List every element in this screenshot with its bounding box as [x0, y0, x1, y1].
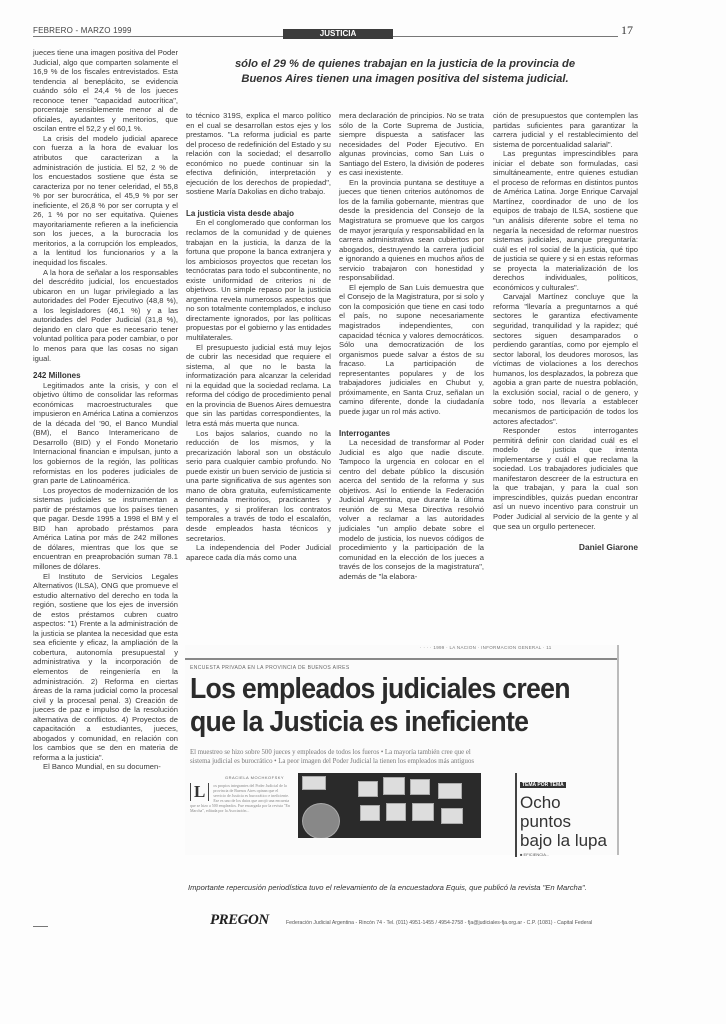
pull-quote: sólo el 29 % de quienes trabajan en la j…	[210, 57, 600, 87]
photo-detail	[302, 803, 340, 838]
article-column-2: to técnico 319S, explica el marco políti…	[186, 111, 331, 562]
paragraph: mera declaración de principios. No se tr…	[339, 111, 484, 178]
section-label: JUSTICIA	[283, 29, 393, 39]
article-column-3: mera declaración de principios. No se tr…	[339, 111, 484, 581]
paragraph: La independencia del Poder Judicial apar…	[186, 543, 331, 562]
photo-detail	[302, 776, 326, 790]
pull-quote-line1: sólo el 29 % de quienes trabajan en la j…	[210, 57, 600, 72]
sidebar-title-line2: bajo la lupa	[520, 831, 615, 850]
paragraph: Los bajos salarios, cuando no la reducci…	[186, 429, 331, 544]
subheading: La justicia vista desde abajo	[186, 209, 331, 219]
article-column-4: ción de presupuestos que contemplen las …	[493, 111, 638, 553]
author-signature: Daniel Giarone	[493, 543, 638, 553]
paragraph: El Instituto de Servicios Legales Altern…	[33, 572, 178, 763]
header-date: FEBRERO - MARZO 1999	[33, 26, 132, 35]
paragraph: La necesidad de transformar al Poder Jud…	[339, 438, 484, 581]
page-number: 17	[621, 23, 633, 38]
clipping-kicker: ENCUESTA PRIVADA EN LA PROVINCIA DE BUEN…	[190, 665, 350, 671]
paragraph: Carvajal Martínez concluye que la reform…	[493, 292, 638, 426]
paragraph: El Banco Mundial, en su documen-	[33, 762, 178, 772]
clipping-byline: GRACIELA MOCHKOFSKY	[225, 775, 284, 780]
subheading: 242 Millones	[33, 371, 178, 381]
clipping-sidebar: TEMA POR TEMA Ocho puntos bajo la lupa ■…	[515, 773, 615, 857]
clipping-caption: Importante repercusión periodística tuvo…	[188, 883, 587, 892]
photo-detail	[441, 808, 463, 824]
clipping-deck-line2: sistema judicial es burocrático • La peo…	[190, 757, 610, 766]
paragraph: A la hora de señalar a los responsables …	[33, 268, 178, 363]
clipping-body: L os propios integrantes del Poder Judic…	[190, 783, 290, 813]
paragraph: En la provincia puntana se destituye a j…	[339, 178, 484, 283]
paragraph: La crisis del modelo judicial aparece co…	[33, 134, 178, 268]
paragraph: ción de presupuestos que contemplen las …	[493, 111, 638, 149]
pull-quote-line2: Buenos Aires tienen una imagen positiva …	[210, 72, 600, 87]
clipping-rule	[185, 658, 617, 660]
pregon-logo: PREGON	[210, 912, 269, 929]
footer-address: Federación Judicial Argentina - Rincón 7…	[286, 920, 592, 926]
paragraph: Los proyectos de modernización de los si…	[33, 486, 178, 572]
sidebar-sub: ■ EFICIENCIA...	[520, 852, 615, 857]
sidebar-title: Ocho puntos bajo la lupa	[520, 793, 615, 850]
newspaper-clipping: · · · · 1999 · LA NACION · INFORMACION G…	[185, 645, 619, 855]
photo-detail	[358, 781, 378, 797]
photo-detail	[386, 803, 406, 821]
clipping-deck: El muestreo se hizo sobre 500 jueces y e…	[190, 748, 610, 766]
paragraph: Legitimados ante la crisis, y con el obj…	[33, 381, 178, 486]
clipping-headline-line1: Los empleados judiciales creen	[190, 673, 570, 706]
paragraph: El ejemplo de San Luis demuestra que el …	[339, 283, 484, 417]
paragraph: Responder estos interrogantes permitirá …	[493, 426, 638, 531]
article-column-1: jueces tiene una imagen positiva del Pod…	[33, 48, 178, 772]
subheading: Interrogantes	[339, 429, 484, 439]
clipping-photo	[298, 773, 481, 838]
paragraph: En el conglomerado que conforman los rec…	[186, 218, 331, 342]
dropcap: L	[190, 783, 209, 801]
clipping-headline-line2: que la Justicia es ineficiente	[190, 706, 570, 739]
clipping-top-strip: · · · · 1999 · LA NACION · INFORMACION G…	[420, 645, 552, 650]
clipping-headline: Los empleados judiciales creen que la Ju…	[190, 673, 570, 739]
footer-rule	[33, 926, 48, 927]
photo-detail	[360, 805, 380, 821]
photo-detail	[410, 779, 430, 795]
sidebar-title-line1: Ocho puntos	[520, 793, 615, 831]
paragraph: Las preguntas imprescindibles para inici…	[493, 149, 638, 292]
sidebar-tag: TEMA POR TEMA	[520, 782, 566, 788]
photo-detail	[438, 783, 462, 799]
clipping-deck-line1: El muestreo se hizo sobre 500 jueces y e…	[190, 748, 610, 757]
paragraph: El presupuesto judicial está muy lejos d…	[186, 343, 331, 429]
photo-detail	[383, 777, 405, 795]
photo-detail	[412, 803, 434, 821]
paragraph: to técnico 319S, explica el marco políti…	[186, 111, 331, 197]
paragraph: jueces tiene una imagen positiva del Pod…	[33, 48, 178, 134]
